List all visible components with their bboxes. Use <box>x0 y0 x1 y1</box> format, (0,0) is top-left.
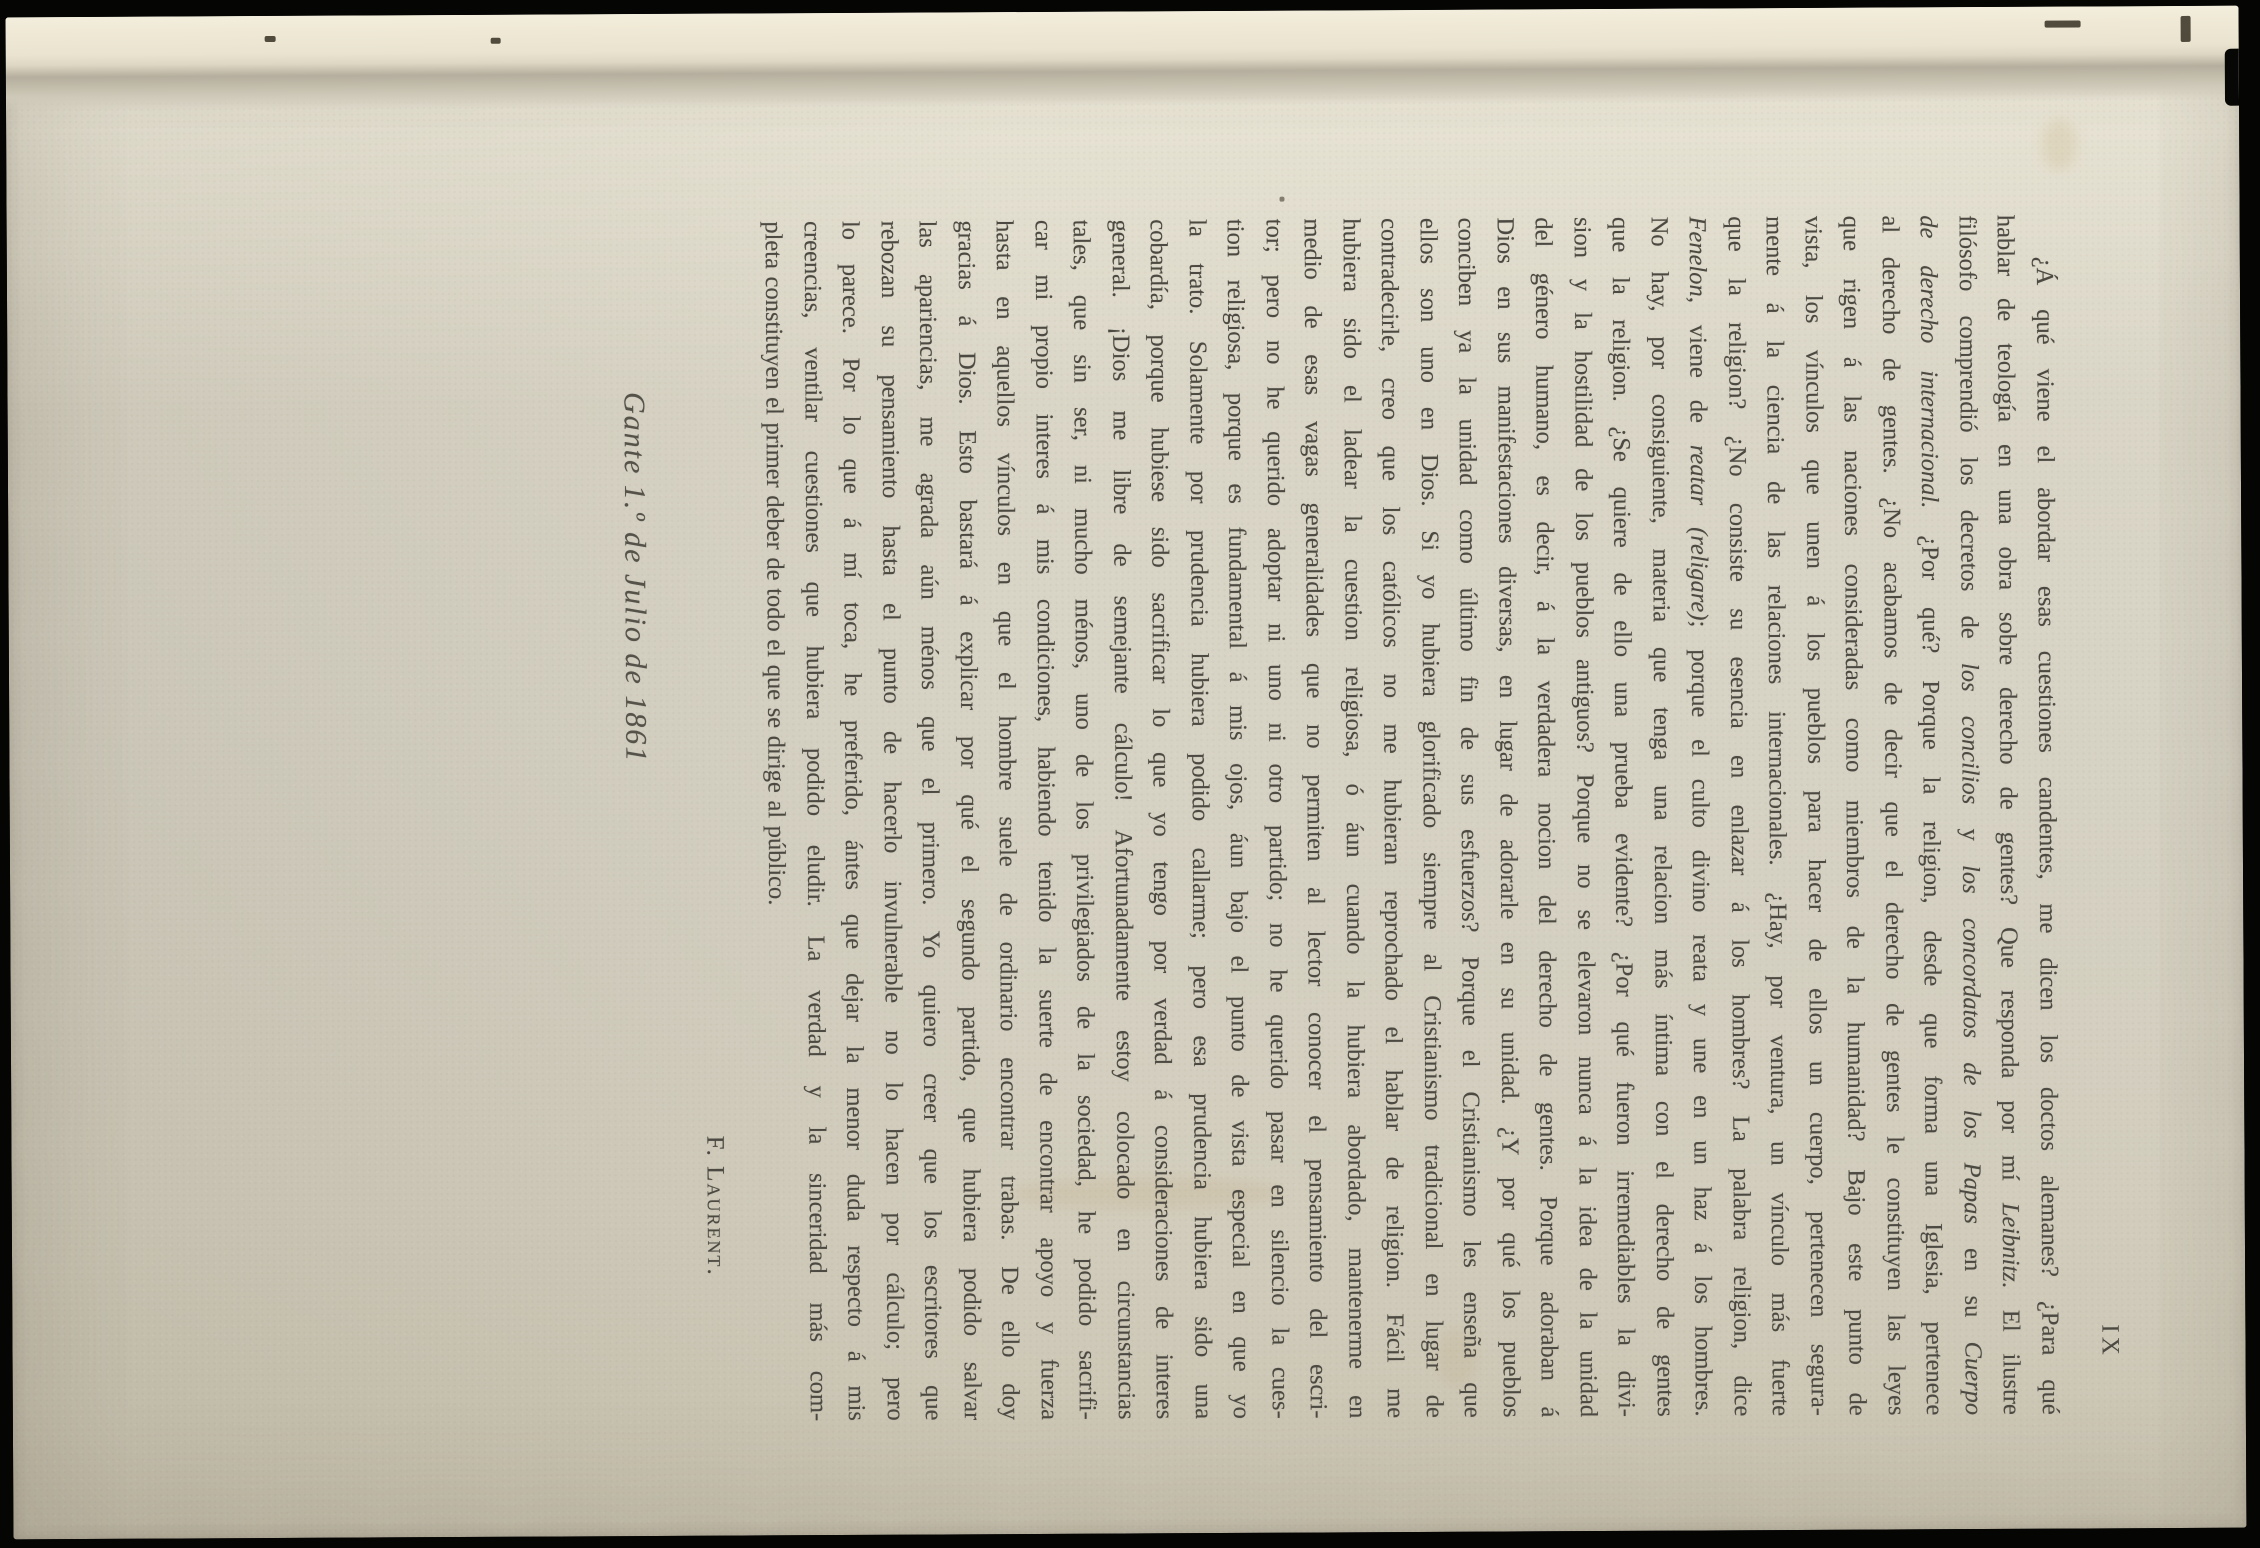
text-line: car mi propio interes á mis condiciones,… <box>1023 220 1068 1420</box>
text-line: hablar de teología en una obra sobre der… <box>1986 215 2031 1415</box>
text-line: rebozan su pensamiento hasta el punto de… <box>869 221 914 1421</box>
text-line: pleta constituyen el primer deber de tod… <box>754 221 799 1421</box>
text-line: gracias á Dios. Esto bastará á explicar … <box>946 220 991 1420</box>
text-line: que la religion? ¿No consiste su esencia… <box>1716 216 1761 1416</box>
text-line: creencias, ventilar cuestiones que hubie… <box>792 221 837 1421</box>
text-line: Fenelon, viene de reatar (religare); por… <box>1678 216 1723 1416</box>
text-line: cobardía, porque hubiese sido sacrificar… <box>1139 219 1184 1419</box>
text-line: la trato. Solamente por prudencia hubier… <box>1177 219 1222 1419</box>
text-line: tales, que sin ser, ni mucho ménos, uno … <box>1062 220 1107 1420</box>
dateline: Gante 1.º de Julio de 1861 <box>617 392 653 763</box>
text-line: contradecirle, creo que los católicos no… <box>1370 218 1415 1418</box>
text-line: ellos son uno en Dios. Si yo hubiera glo… <box>1408 218 1453 1418</box>
page-edge-speck <box>2181 16 2191 42</box>
text-line: medio de esas vagas generalidades que no… <box>1293 218 1338 1418</box>
text-line: sion y la hostilidad de los pueblos anti… <box>1562 217 1607 1417</box>
text-line: que rigen á las naciones consideradas co… <box>1832 216 1877 1416</box>
page-number: IX <box>2095 1324 2123 1359</box>
text-line: Dios en sus manifestaciones diversas, en… <box>1485 217 1530 1417</box>
text-line: lo parece. Por lo que á mí toca, he pref… <box>831 221 876 1421</box>
text-line: tion religiosa, porque es fundamental á … <box>1216 219 1261 1419</box>
paper-stain <box>2041 119 2077 171</box>
text-line: que la religion. ¿Se quiere de ello una … <box>1601 217 1646 1417</box>
page-edge-nick <box>2225 49 2239 106</box>
text-line: las apariencias, me agrada aún ménos que… <box>908 220 953 1420</box>
text-line: mente á la ciencia de las relaciones int… <box>1755 216 1800 1416</box>
author-signature: F. Laurent. <box>696 222 730 1422</box>
text-line: No hay, por consiguiente, materia que te… <box>1639 217 1684 1417</box>
text-line: hubiera sido el ladear la cuestion relig… <box>1331 218 1376 1418</box>
text-line: vista, los vínculos que unen á los puebl… <box>1793 216 1838 1416</box>
scan-background: { "colors": { "scan_border": "#050504", … <box>0 0 2260 1548</box>
page-edge-speck <box>491 38 501 44</box>
text-line: filósofo comprendió los decretos de los … <box>1947 215 1992 1415</box>
ink-speck <box>1279 197 1284 202</box>
book-page: IX ¿Á qué viene el abordar esas cuestion… <box>6 6 2247 1540</box>
text-line: al derecho de gentes. ¿No acabamos de de… <box>1870 215 1915 1415</box>
page-edge-strip <box>6 6 2239 112</box>
text-line: general. ¡Dios me libre de semejante cál… <box>1100 219 1145 1419</box>
page-text: ¿Á qué viene el abordar esas cuestiones … <box>754 215 2069 1422</box>
text-line: de derecho internacional. ¿Por qué? Porq… <box>1909 215 1954 1415</box>
text-line: del género humano, es decir, á la verdad… <box>1524 217 1569 1417</box>
text-line: tor; pero no he querido adoptar ni uno n… <box>1254 219 1299 1419</box>
text-line: ¿Á qué viene el abordar esas cuestiones … <box>2024 215 2069 1415</box>
book-scan: IX ¿Á qué viene el abordar esas cuestion… <box>0 0 2260 1548</box>
page-edge-speck <box>265 36 276 42</box>
text-line: conciben ya la unidad como último fin de… <box>1447 218 1492 1418</box>
page-edge-speck <box>2045 20 2081 27</box>
text-line: hasta en aquellos vínculos en que el hom… <box>985 220 1030 1420</box>
